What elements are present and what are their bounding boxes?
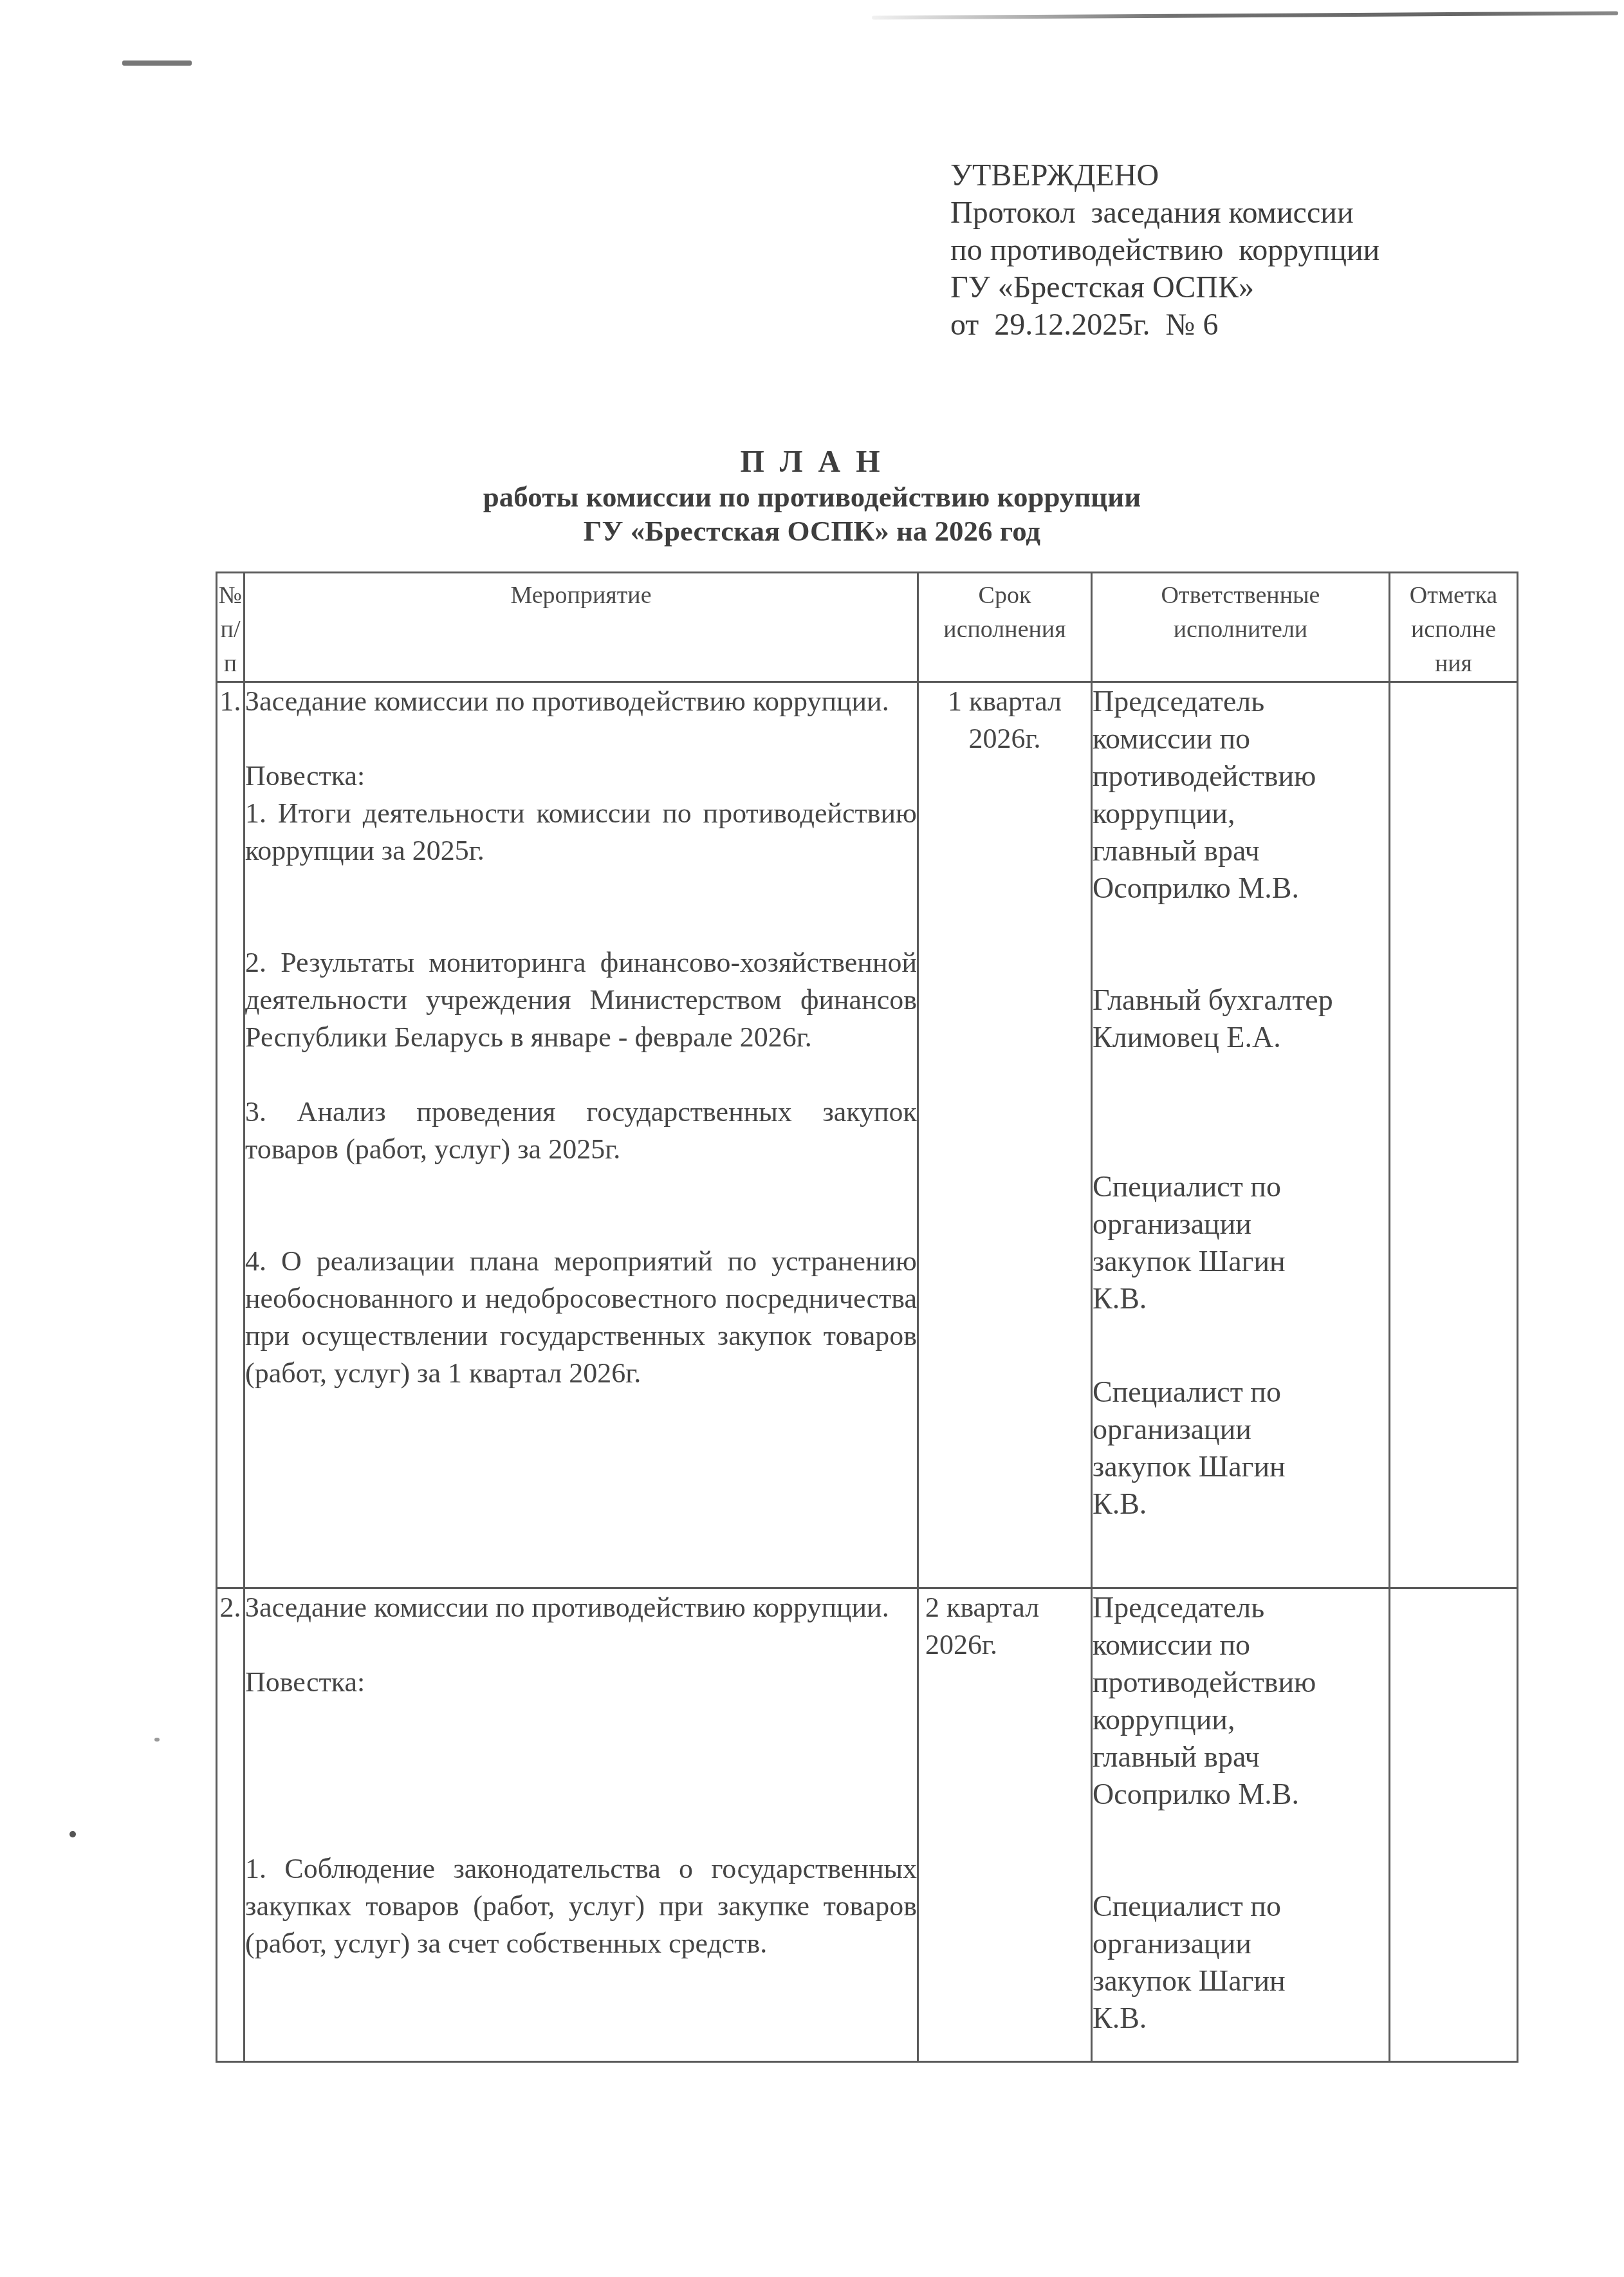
- row-event: Заседание комиссии по противодействию ко…: [245, 682, 918, 1588]
- row-mark: [1390, 1588, 1518, 2062]
- approval-date-number: от 29.12.2025г. № 6: [950, 306, 1379, 344]
- agenda-label: Повестка:: [245, 1664, 917, 1701]
- scan-mark-artifact: [122, 60, 192, 66]
- title-heading: П Л А Н: [0, 444, 1624, 480]
- header-event: Мероприятие: [245, 573, 918, 682]
- row-term: 2 квартал 2026г.: [918, 1588, 1092, 2062]
- row-term: 1 квартал 2026г.: [918, 682, 1092, 1588]
- responsible-entry: Председатель комиссии по противодействию…: [1093, 683, 1389, 907]
- scan-edge-artifact: [872, 11, 1618, 19]
- plan-table: № п/ п Мероприятие Срок исполнения Ответ…: [216, 572, 1518, 2063]
- responsible-entry: Специалист по организации закупок Шагин …: [1093, 1168, 1389, 1317]
- table-row: 2. Заседание комиссии по противодействию…: [217, 1588, 1518, 2062]
- document-title: П Л А Н работы комиссии по противодейств…: [0, 444, 1624, 548]
- responsible-entry: Специалист по организации закупок Шагин …: [1093, 1888, 1389, 2037]
- agenda-label: Повестка:: [245, 757, 917, 795]
- table-row: 1. Заседание комиссии по противодействию…: [217, 682, 1518, 1588]
- responsible-entry: Председатель комиссии по противодействию…: [1093, 1589, 1389, 1813]
- row-mark: [1390, 682, 1518, 1588]
- approval-block: УТВЕРЖДЕНО Протокол заседания комиссии п…: [950, 157, 1379, 344]
- table-header-row: № п/ п Мероприятие Срок исполнения Ответ…: [217, 573, 1518, 682]
- event-title: Заседание комиссии по противодействию ко…: [245, 1589, 917, 1626]
- responsible-entry: Главный бухгалтер Климовец Е.А.: [1093, 981, 1389, 1056]
- responsible-entry: Специалист по организации закупок Шагин …: [1093, 1373, 1389, 1523]
- event-title: Заседание комиссии по противодействию ко…: [245, 683, 917, 720]
- agenda-item: 1. Соблюдение законодательства о государ…: [245, 1850, 917, 1962]
- header-mark: Отметка исполне ния: [1390, 573, 1518, 682]
- row-number: 1.: [217, 682, 245, 1588]
- row-event: Заседание комиссии по противодействию ко…: [245, 1588, 918, 2062]
- header-number: № п/ п: [217, 573, 245, 682]
- scan-speck: [154, 1738, 160, 1742]
- title-line-1: работы комиссии по противодействию корру…: [0, 480, 1624, 514]
- approval-organization: ГУ «Брестская ОСПК»: [950, 269, 1379, 306]
- approval-protocol: Протокол заседания комиссии: [950, 194, 1379, 232]
- header-responsible: Ответственные исполнители: [1092, 573, 1390, 682]
- row-responsible: Председатель комиссии по противодействию…: [1092, 682, 1390, 1588]
- row-number: 2.: [217, 1588, 245, 2062]
- agenda-item: 3. Анализ проведения государственных зак…: [245, 1093, 917, 1168]
- agenda-item: 1. Итоги деятельности комиссии по против…: [245, 795, 917, 869]
- row-responsible: Председатель комиссии по противодействию…: [1092, 1588, 1390, 2062]
- agenda-item: 4. О реализации плана мероприятий по уст…: [245, 1243, 917, 1392]
- scan-speck: [69, 1831, 76, 1837]
- header-term: Срок исполнения: [918, 573, 1092, 682]
- agenda-item: 2. Результаты мониторинга финансово-хозя…: [245, 944, 917, 1056]
- title-line-2: ГУ «Брестская ОСПК» на 2026 год: [0, 514, 1624, 548]
- approval-heading: УТВЕРЖДЕНО: [950, 157, 1379, 194]
- approval-commission: по противодействию коррупции: [950, 232, 1379, 269]
